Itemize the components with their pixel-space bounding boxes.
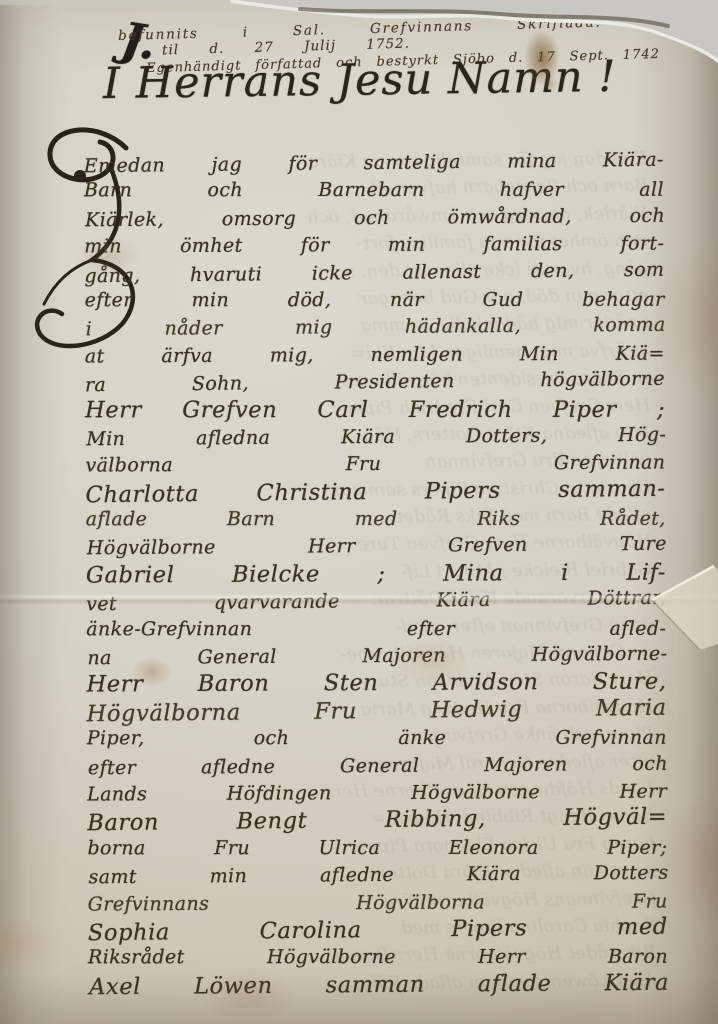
manuscript-line: borna Fru Ulrica Eleonora Piper;: [87, 835, 667, 863]
manuscript-line: samt min afledne Kiära Dotters: [88, 860, 668, 892]
manuscript-line: i nåder mig hädankalla, komma: [86, 312, 666, 344]
manuscript-line: Barn och Barnebarn hafver all: [84, 177, 664, 205]
manuscript-line: vet qvarvarande Kiära Döttrar,: [86, 585, 666, 619]
manuscript-line: Baron Bengt Ribbing, Högväl=: [87, 804, 667, 838]
manuscript-line: na General Majoren Högvälborne-: [87, 641, 667, 673]
manuscript-line: Riksrådet Högvälborne Herr Baron: [88, 944, 668, 972]
manuscript-line: Högvälborne Herr Grefven Ture: [87, 531, 667, 563]
manuscript-line: Min afledna Kiära Dotters, Hög-: [86, 422, 666, 454]
manuscript-line: aflade Barn med Riks Rådet,: [86, 506, 666, 534]
manuscript-line: Högvälborna Fru Hedwig Maria: [87, 695, 667, 729]
manuscript-line: efter afledne General Majoren och: [88, 750, 668, 782]
manuscript-line: välborna Fru Grefvinnan: [85, 450, 665, 480]
manuscript-line: Piper, och änke Grefvinnan: [87, 725, 667, 753]
manuscript-line: änke-Grefvinnan efter afled-: [86, 615, 666, 643]
manuscript-line: Axel Löwen samman aflade Kiära: [89, 969, 669, 1001]
manuscript-line: min ömhet för min familias fort-: [84, 231, 664, 261]
manuscript-line: Kiärlek, omsorg och ömwårdnad, och: [85, 203, 665, 235]
manuscript-body: Emedan jag för samteliga mina Kiära-Barn…: [84, 148, 668, 1000]
manuscript-page: Emedan jag för samteliga mina Kiära-Barn…: [0, 0, 718, 1024]
manuscript-line: gång, hvaruti icke allenast den, som: [84, 256, 664, 290]
manuscript-line: Emedan jag för samteliga mina Kiära-: [84, 147, 664, 181]
manuscript-line: efter min död, när Gud behagar: [85, 287, 665, 315]
manuscript-line: Herr Grefven Carl Fredrich Piper ;: [85, 396, 665, 424]
manuscript-line: Sophia Carolina Pipers med: [88, 914, 668, 948]
manuscript-line: ra Sohn, Presidenten högvälborne: [85, 366, 665, 400]
heading-invocation: I Herrans Jesu Namn !: [103, 53, 546, 109]
manuscript-line: Charlotta Christina Pipers samman-: [85, 475, 665, 509]
